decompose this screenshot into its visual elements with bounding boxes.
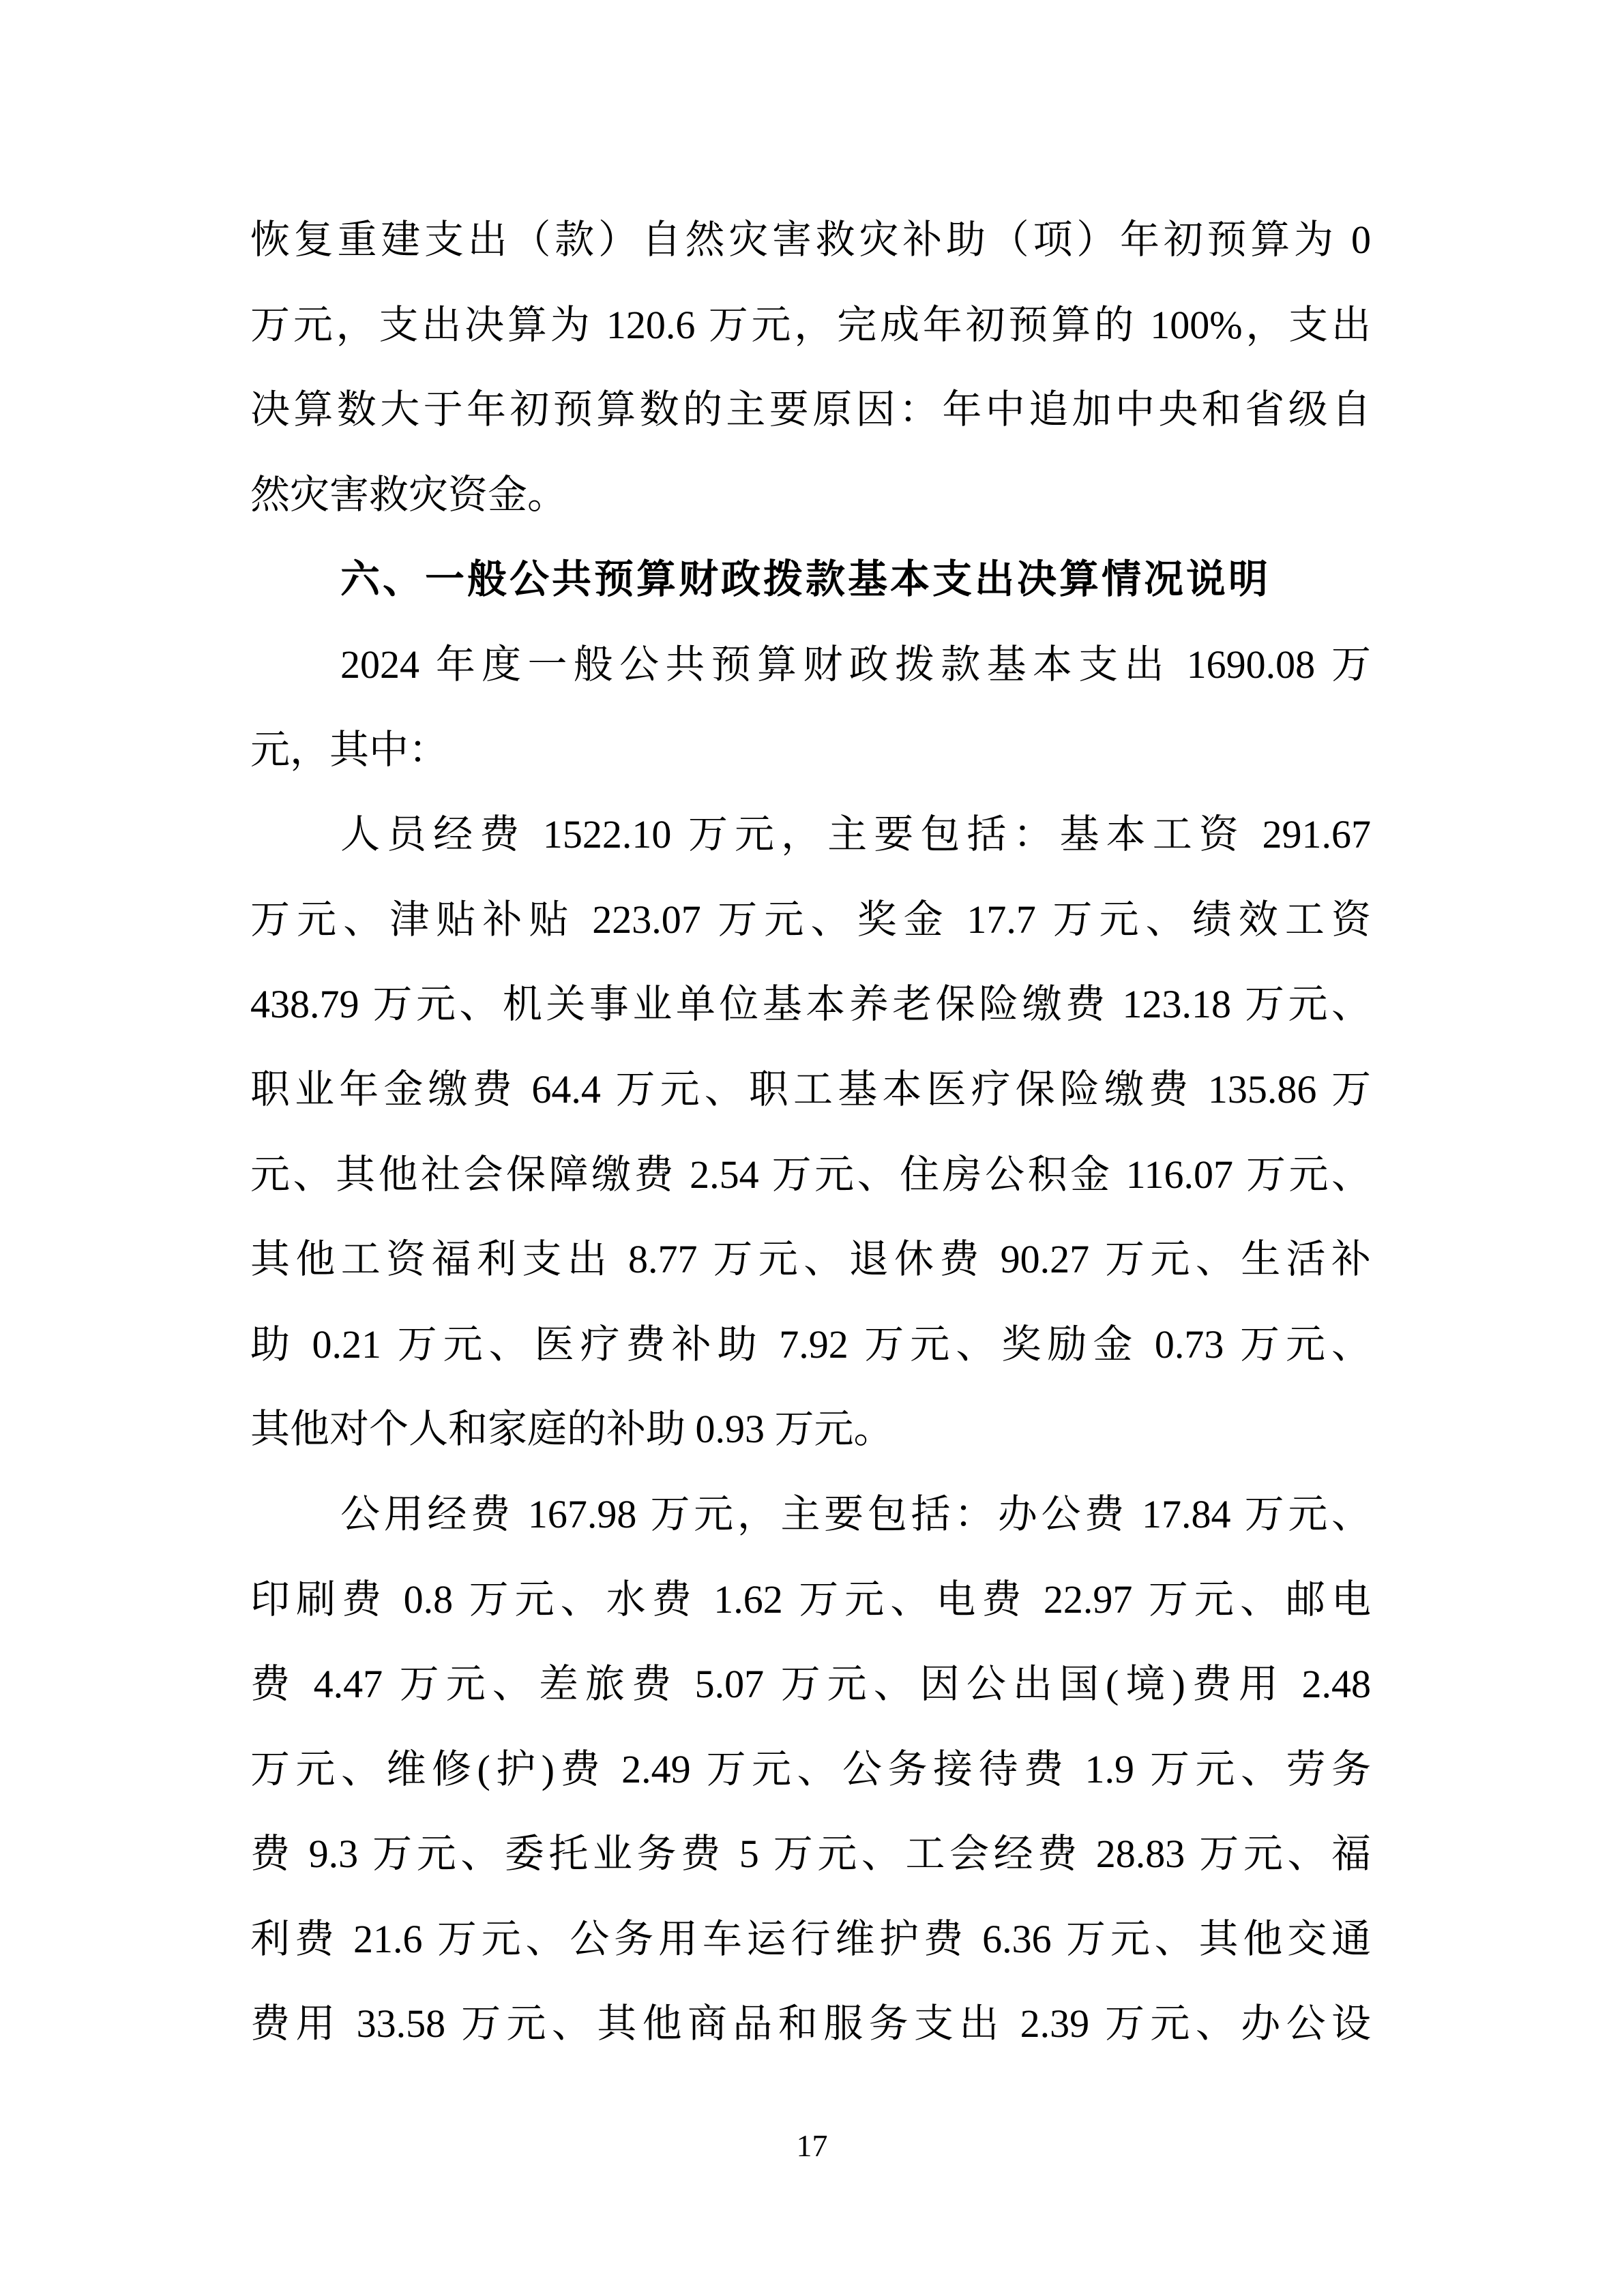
text-line: 元、其他社会保障缴费 2.54 万元、住房公积金 116.07 万元、 — [250, 1133, 1371, 1218]
text-line: 利费 21.6 万元、公务用车运行维护费 6.36 万元、其他交通 — [250, 1897, 1371, 1982]
text-line: 438.79 万元、机关事业单位基本养老保险缴费 123.18 万元、 — [250, 962, 1371, 1047]
text-line: 2024 年度一般公共预算财政拨款基本支出 1690.08 万 — [250, 623, 1371, 708]
text-line: 职业年金缴费 64.4 万元、职工基本医疗保险缴费 135.86 万 — [250, 1047, 1371, 1133]
text-line: 人员经费 1522.10 万元，主要包括：基本工资 291.67 — [250, 792, 1371, 878]
text-line: 费用 33.58 万元、其他商品和服务支出 2.39 万元、办公设 — [250, 1982, 1371, 2067]
text-line: 万元、津贴补贴 223.07 万元、奖金 17.7 万元、绩效工资 — [250, 878, 1371, 963]
text-line: 其他工资福利支出 8.77 万元、退休费 90.27 万元、生活补 — [250, 1217, 1371, 1302]
text-line: 然灾害救灾资金。 — [250, 453, 1371, 538]
text-line: 费 9.3 万元、委托业务费 5 万元、工会经费 28.83 万元、福 — [250, 1812, 1371, 1897]
text-line: 恢复重建支出（款）自然灾害救灾补助（项）年初预算为 0 — [250, 198, 1371, 283]
text-line: 万元、维修(护)费 2.49 万元、公务接待费 1.9 万元、劳务 — [250, 1727, 1371, 1813]
text-line: 印刷费 0.8 万元、水费 1.62 万元、电费 22.97 万元、邮电 — [250, 1557, 1371, 1643]
page-number: 17 — [0, 2122, 1624, 2170]
document-body: 恢复重建支出（款）自然灾害救灾补助（项）年初预算为 0万元，支出决算为 120.… — [250, 198, 1371, 2067]
text-line: 公用经费 167.98 万元，主要包括：办公费 17.84 万元、 — [250, 1472, 1371, 1557]
text-line: 元，其中： — [250, 708, 1371, 793]
text-line: 其他对个人和家庭的补助 0.93 万元。 — [250, 1387, 1371, 1472]
text-line: 助 0.21 万元、医疗费补助 7.92 万元、奖励金 0.73 万元、 — [250, 1302, 1371, 1388]
document-page: 恢复重建支出（款）自然灾害救灾补助（项）年初预算为 0万元，支出决算为 120.… — [0, 0, 1624, 2296]
text-line: 费 4.47 万元、差旅费 5.07 万元、因公出国(境)费用 2.48 — [250, 1642, 1371, 1727]
text-line: 决算数大于年初预算数的主要原因：年中追加中央和省级自 — [250, 368, 1371, 453]
section-heading: 六、一般公共预算财政拨款基本支出决算情况说明 — [250, 537, 1371, 623]
text-line: 万元，支出决算为 120.6 万元，完成年初预算的 100%，支出 — [250, 283, 1371, 368]
